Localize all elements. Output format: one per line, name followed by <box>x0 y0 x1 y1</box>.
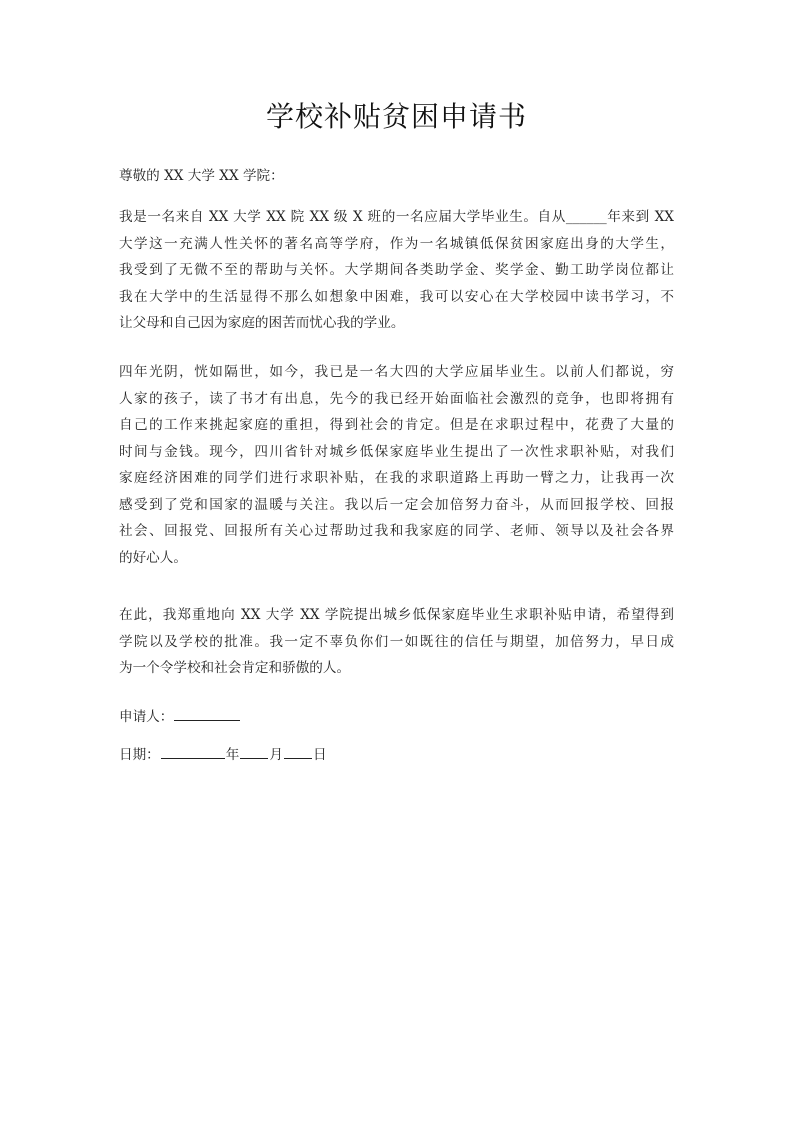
paragraph-line: 我是一名来自 XX 大学 XX 院 XX 级 X 班的一名应届大学毕业生。自从_… <box>119 204 674 231</box>
paragraph-1: 我是一名来自 XX 大学 XX 院 XX 级 X 班的一名应届大学毕业生。自从_… <box>119 204 674 337</box>
paragraph-2: 四年光阴，恍如隔世，如今，我已是一名大四的大学应届毕业生。以前人们都说，穷 人家… <box>119 359 674 571</box>
paragraph-3: 在此，我郑重地向 XX 大学 XX 学院提出城乡低保家庭毕业生求职补贴申请，希望… <box>119 602 674 682</box>
paragraph-line: 在此，我郑重地向 XX 大学 XX 学院提出城乡低保家庭毕业生求职补贴申请，希望… <box>119 602 674 629</box>
document-page: 学校补贴贫困申请书 尊敬的 XX 大学 XX 学院： 我是一名来自 XX 大学 … <box>0 0 793 1122</box>
paragraph-line: 让父母和自己因为家庭的困苦而忧心我的学业。 <box>119 310 674 337</box>
document-title: 学校补贴贫困申请书 <box>0 98 793 136</box>
day-blank[interactable] <box>284 744 312 759</box>
paragraph-line: 四年光阴，恍如隔世，如今，我已是一名大四的大学应届毕业生。以前人们都说，穷 <box>119 359 674 386</box>
salutation-text: 尊敬的 XX 大学 XX 学院： <box>119 163 674 190</box>
applicant-line: 申请人： <box>119 704 674 731</box>
salutation: 尊敬的 XX 大学 XX 学院： <box>119 163 674 190</box>
paragraph-line: 家庭经济困难的同学们进行求职补贴，在我的求职道路上再助一臂之力，让我再一次 <box>119 465 674 492</box>
applicant-label: 申请人： <box>119 709 173 725</box>
month-label: 月 <box>269 747 283 763</box>
paragraph-line: 社会、回报党、回报所有关心过帮助过我和我家庭的同学、老师、领导以及社会各界 <box>119 518 674 545</box>
paragraph-line: 为一个令学校和社会肯定和骄傲的人。 <box>119 655 674 682</box>
paragraph-line: 感受到了党和国家的温暖与关注。我以后一定会加倍努力奋斗，从而回报学校、回报 <box>119 492 674 519</box>
paragraph-line: 的好心人。 <box>119 545 674 572</box>
month-blank[interactable] <box>240 744 268 759</box>
paragraph-line: 我在大学中的生活显得不那么如想象中困难，我可以安心在大学校园中读书学习，不 <box>119 284 674 311</box>
paragraph-line: 人家的孩子，读了书才有出息，先今的我已经开始面临社会激烈的竞争，也即将拥有 <box>119 386 674 413</box>
date-label: 日期： <box>119 747 160 763</box>
paragraph-line: 自己的工作来挑起家庭的重担，得到社会的肯定。但是在求职过程中，花费了大量的 <box>119 412 674 439</box>
year-blank[interactable] <box>161 744 225 759</box>
year-label: 年 <box>226 747 240 763</box>
date-line: 日期：年月日 <box>119 742 674 769</box>
applicant-blank[interactable] <box>174 706 240 721</box>
day-label: 日 <box>313 747 327 763</box>
paragraph-line: 大学这一充满人性关怀的著名高等学府，作为一名城镇低保贫困家庭出身的大学生， <box>119 231 674 258</box>
paragraph-line: 时间与金钱。现今，四川省针对城乡低保家庭毕业生提出了一次性求职补贴，对我们 <box>119 439 674 466</box>
paragraph-line: 我受到了无微不至的帮助与关怀。大学期间各类助学金、奖学金、勤工助学岗位都让 <box>119 257 674 284</box>
paragraph-line: 学院以及学校的批准。我一定不辜负你们一如既往的信任与期望，加倍努力，早日成 <box>119 629 674 656</box>
